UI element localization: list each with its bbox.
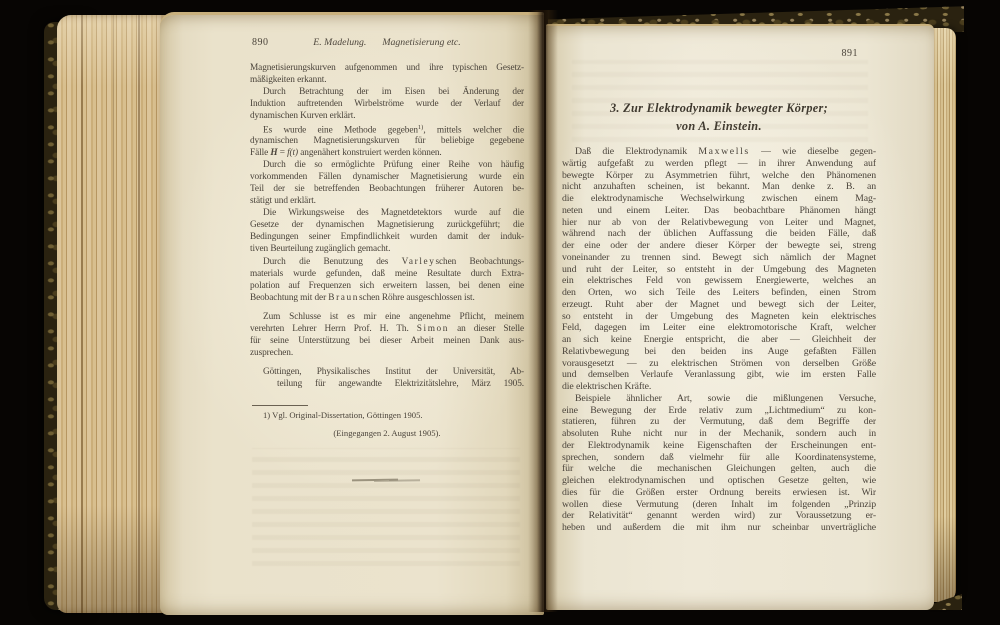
text-line: dynamischen Kurven erklärt.	[250, 110, 524, 122]
text-line: Durch Betrachtung der im Eisen bei Änder…	[250, 86, 524, 98]
text-line: und demselben Verlaufe Veranlassung gibt…	[562, 369, 876, 381]
text-line: Gesetze der dynamischen Magnetisierung z…	[250, 219, 524, 231]
text-line: an sich keine Energie entspricht, die ab…	[562, 334, 876, 346]
text-line: hier nur ab von der Relativbewegung von …	[562, 217, 876, 229]
text-line: Daß die Elektrodynamik Maxwells — wie di…	[562, 146, 876, 158]
text-line: Teil der sie betreffenden Beobachtungen …	[250, 183, 524, 195]
text-line: polation auf Frequenzen sich erweitern l…	[250, 280, 524, 292]
text-line: den Orten, wo sich Teile des Leiters bef…	[562, 287, 876, 299]
text-line: ein elektrisches Feld von gewissem Energ…	[562, 275, 876, 287]
text-line: sprechen, sondern daß vielmehr für alle …	[562, 452, 876, 464]
text-line: Beispiele ähnlicher Art, sowie die mißlu…	[562, 393, 876, 405]
text-line: dies für die Größen erster Ordnung berei…	[562, 487, 876, 499]
running-header-title: Magnetisierung etc.	[382, 37, 460, 48]
text-line: Beobachtung mit der Braunschen Röhre aus…	[250, 292, 524, 304]
text-line: (Eingegangen 2. August 1905).	[250, 428, 524, 439]
running-header: E. Madelung.Magnetisierung etc.	[250, 37, 524, 48]
text-line: Göttingen, Physikalisches Institut der U…	[250, 366, 524, 378]
book-gutter-shadow	[528, 10, 558, 612]
text-line: für seine Unterstützung bei dieser Arbei…	[250, 335, 524, 347]
text-line: dynamischen Magnetisierungskurven für be…	[250, 135, 524, 147]
text-line: die elektrischen Kräfte.	[562, 381, 876, 393]
left-page-edges-stack	[57, 15, 169, 613]
text-line: eine Bewegung der Erde relativ zum „Lich…	[562, 405, 876, 417]
text-line: Feld, dagegen im Leiter eine elektromoto…	[562, 322, 876, 334]
open-book-photo: 890 E. Madelung.Magnetisierung etc. Magn…	[0, 0, 1000, 625]
footnote-lines: 1) Vgl. Original-Dissertation, Göttingen…	[250, 410, 524, 439]
article-title: 3. Zur Elektrodynamik bewegter Körper; v…	[562, 99, 876, 135]
text-line: nicht anzuhaften scheinen, ist bekannt. …	[562, 181, 876, 193]
text-line: Es wurde eine Methode gegeben1), mittels…	[250, 122, 524, 134]
text-line: während nach der üblichen Auffassung die…	[562, 228, 876, 240]
footnote-rule	[252, 405, 308, 406]
text-line: wärtig aufgefaßt zu werden pflegt — in i…	[562, 158, 876, 170]
text-line: statieren, führen zu der Vermutung, daß …	[562, 416, 876, 428]
left-body-text: Magnetisierungskurven aufgenommen und ih…	[250, 62, 524, 390]
text-line: absoluten Ruhe nicht nur in der Mechanik…	[562, 428, 876, 440]
text-line: Magnetisierungskurven aufgenommen und ih…	[250, 62, 524, 74]
text-line: gleichen elektrodynamischen und optische…	[562, 475, 876, 487]
running-header-author: E. Madelung.	[313, 37, 366, 48]
text-line: die elektrodynamische Wechselwirkung zwi…	[562, 193, 876, 205]
left-footnote-block: 1) Vgl. Original-Dissertation, Göttingen…	[250, 397, 524, 439]
text-line: Zum Schlusse ist es mir eine angenehme P…	[250, 311, 524, 323]
text-line: vorausgesetzt — zu elektrischen Strömen …	[562, 358, 876, 370]
text-line: 1) Vgl. Original-Dissertation, Göttingen…	[250, 410, 524, 421]
article-title-line1: 3. Zur Elektrodynamik bewegter Körper;	[562, 99, 876, 117]
right-body-text: Daß die Elektrodynamik Maxwells — wie di…	[562, 146, 876, 534]
text-line: voneinander zu trennen sind. Bewegt sich…	[562, 252, 876, 264]
text-line: erzeugt. Ruht aber der Magnet und bewegt…	[562, 299, 876, 311]
text-line: der Relativität“ genannt werden wird) zu…	[562, 510, 876, 522]
text-line: Bedingungen seiner Empfindlichkeit wurde…	[250, 231, 524, 243]
page-number-left: 890	[252, 37, 269, 48]
right-running-head: 891	[562, 48, 876, 62]
text-line: bewegte Körper zu Asymmetrien führt, wel…	[562, 170, 876, 182]
text-line: und ruht der Leiter, so entsteht in der …	[562, 264, 876, 276]
text-line: materials wurde gefunden, daß meine Resu…	[250, 268, 524, 280]
text-line: Induktion auftretenden Wirbelströme wurd…	[250, 98, 524, 110]
text-line: Fälle H = f(t) angenähert konstruiert we…	[250, 147, 524, 159]
text-line: teilung für angewandte Elektrizitätslehr…	[250, 378, 524, 390]
text-line: der Elektrodynamik keine Eigenschaften d…	[562, 440, 876, 452]
text-line: für welche die mechanischen Gleichungen …	[562, 463, 876, 475]
text-line: so entsteht in der Umgebung des Magneten…	[562, 311, 876, 323]
text-line: zusprechen.	[250, 347, 524, 359]
text-line: Die Wirkungsweise des Magnetdetektors wu…	[250, 207, 524, 219]
text-line: Durch die Benutzung des Varleyschen Beob…	[250, 256, 524, 268]
text-line: vorkommenden Fällen dynamischer Magnetis…	[250, 171, 524, 183]
text-line: neten und einem Leiter. Das beobachtbare…	[562, 205, 876, 217]
article-title-line2: von A. Einstein.	[562, 117, 876, 135]
text-line: stätigt und erklärt.	[250, 195, 524, 207]
text-line: tiven Beurteilung zugänglich gemacht.	[250, 243, 524, 255]
text-line: wollen diese Vermutung (deren Inhalt im …	[562, 499, 876, 511]
text-line: heben und außerdem die mit ihm nur schei…	[562, 522, 876, 534]
text-line: Relativbewegung bei den beiden ins Auge …	[562, 346, 876, 358]
text-line: Durch die so ermöglichte Prüfung einer R…	[250, 159, 524, 171]
text-line: der eine oder der andere dieser Körper d…	[562, 240, 876, 252]
text-line: verehrten Lehrer Herrn Prof. H. Th. Simo…	[250, 323, 524, 335]
text-line: mäßigkeiten erkannt.	[250, 74, 524, 86]
page-number-right: 891	[842, 48, 859, 59]
left-running-head: 890 E. Madelung.Magnetisierung etc.	[250, 37, 524, 51]
